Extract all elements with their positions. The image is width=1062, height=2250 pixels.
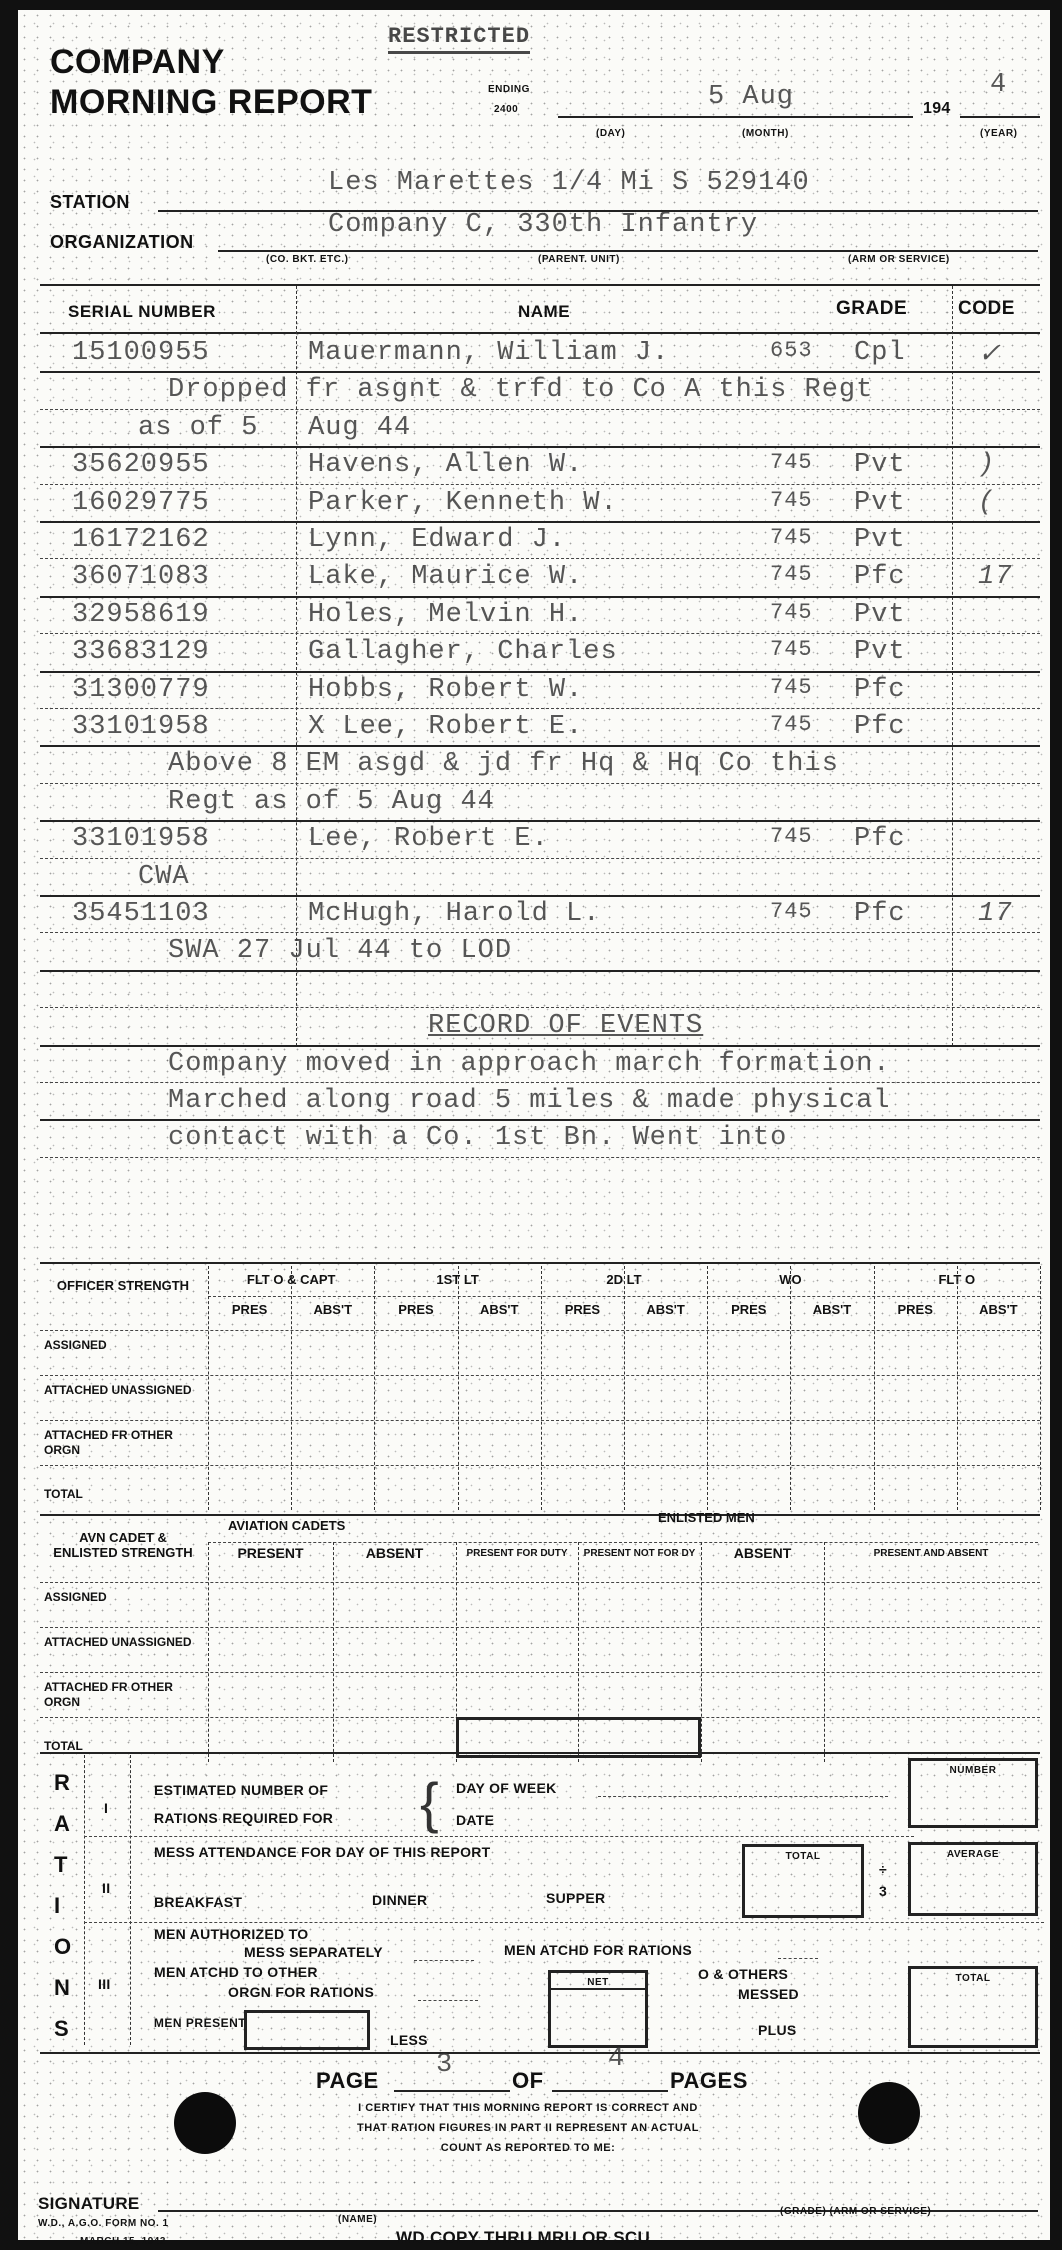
column-header-grade: GRADE — [836, 298, 907, 320]
enlisted-men-header: ENLISTED MEN — [658, 1510, 755, 1525]
men-atchd-for-rations-label: MEN ATCHD FOR RATIONS — [504, 1942, 692, 1958]
men-present-label: MEN PRESENT — [150, 2016, 250, 2030]
roster-remark: Company moved in approach march formatio… — [18, 1047, 1050, 1084]
officer-subheader: ABS'T — [291, 1302, 374, 1317]
roster-row: 31300779Hobbs, Robert W.745Pfc — [18, 673, 1050, 710]
form-title-line1: COMPANY — [50, 42, 225, 82]
page-label: PAGE — [316, 2068, 379, 2094]
enlisted-strength-title: AVN CADET & ENLISTED STRENGTH — [48, 1530, 198, 1560]
code-mark: 17 — [978, 562, 1012, 592]
station-value[interactable]: Les Marettes 1/4 Mi S 529140 — [328, 168, 810, 198]
code-mark: ✓ — [978, 338, 1002, 371]
less-label: LESS — [390, 2032, 428, 2048]
soldier-name: Holes, Melvin H. — [308, 600, 583, 630]
section-i-numeral: I — [104, 1800, 108, 1816]
soldier-name: Havens, Allen W. — [308, 450, 583, 480]
officer-subheader: ABS'T — [458, 1302, 541, 1317]
section-iii-numeral: III — [98, 1976, 111, 1992]
divide-by-three: ÷ 3 — [874, 1858, 892, 1902]
rations-letter: T — [54, 1852, 68, 1878]
organization-label: ORGANIZATION — [50, 232, 194, 253]
men-atchd-other-label: MEN ATCHD TO OTHER — [154, 1964, 318, 1980]
officer-subheader: ABS'T — [790, 1302, 873, 1317]
code-mark: ( — [978, 488, 995, 518]
grade-caption: (GRADE) (ARM OR SERVICE) — [780, 2206, 931, 2217]
roster-row: 15100955Mauermann, William J.653Cpl✓ — [18, 336, 1050, 373]
form-date: MARCH 15, 1943 — [80, 2236, 166, 2247]
men-authorized-label: MEN AUTHORIZED TO — [154, 1926, 308, 1942]
signature-label: SIGNATURE — [38, 2194, 140, 2214]
remark-text: contact with a Co. 1st Bn. Went into — [168, 1123, 787, 1153]
brace: { — [420, 1770, 439, 1835]
orgn-for-rations-label: ORGN FOR RATIONS — [228, 1984, 374, 2000]
grade: Pfc — [854, 824, 906, 854]
organization-value[interactable]: Company C, 330th Infantry — [328, 210, 758, 240]
classification-stamp: RESTRICTED — [388, 24, 530, 54]
rations-letter: S — [54, 2016, 69, 2042]
pages-label: PAGES — [670, 2068, 748, 2094]
mess-attendance-label: MESS ATTENDANCE FOR DAY OF THIS REPORT — [154, 1844, 491, 1860]
roster-remark: Regt as of 5 Aug 44 — [18, 785, 1050, 822]
grade: Pvt — [854, 450, 906, 480]
mos-code: 745 — [770, 562, 813, 587]
grade: Pfc — [854, 675, 906, 705]
officer-row-label: ASSIGNED — [44, 1338, 194, 1353]
serial-number: 31300779 — [72, 675, 210, 705]
officer-subheader: PRES — [374, 1302, 457, 1317]
soldier-name: X Lee, Robert E. — [308, 712, 583, 742]
station-label: STATION — [50, 192, 130, 213]
officer-subheader: PRES — [707, 1302, 790, 1317]
of-label: OF — [512, 2068, 544, 2094]
men-present-box[interactable] — [244, 2010, 370, 2050]
officer-strength-title: OFFICER STRENGTH — [48, 1278, 198, 1293]
soldier-name: McHugh, Harold L. — [308, 899, 600, 929]
date-line — [558, 116, 913, 118]
rations-letter: I — [54, 1893, 61, 1919]
grade: Pvt — [854, 600, 906, 630]
mos-code: 745 — [770, 824, 813, 849]
remark-text: Dropped fr asgnt & trfd to Co A this Reg… — [168, 375, 873, 405]
officer-subheader: PRES — [541, 1302, 624, 1317]
form-title-line2: MORNING REPORT — [50, 82, 372, 122]
serial-number: 35451103 — [72, 899, 210, 929]
organization-line — [218, 250, 1038, 252]
roster-row: 16172162Lynn, Edward J.745Pvt — [18, 523, 1050, 560]
day-of-week-label: DAY OF WEEK — [456, 1780, 557, 1796]
enlisted-row-label: ATTACHED FR OTHER ORGN — [44, 1680, 194, 1710]
enlisted-column-header: PRESENT FOR DUTY — [456, 1546, 578, 1561]
certify-line-3: COUNT AS REPORTED TO ME: — [268, 2142, 788, 2154]
remark-text: Marched along road 5 miles & made physic… — [168, 1086, 891, 1116]
mess-total-box[interactable]: TOTAL — [742, 1844, 864, 1918]
mess-separately-label: MESS SEPARATELY — [244, 1944, 383, 1960]
report-year[interactable]: 4 — [990, 70, 1007, 100]
grade: Pfc — [854, 712, 906, 742]
serial-number: 16172162 — [72, 525, 210, 555]
org-caption-arm: (ARM OR SERVICE) — [848, 254, 950, 265]
soldier-name: Lake, Maurice W. — [308, 562, 583, 592]
roster-remark: Dropped fr asgnt & trfd to Co A this Reg… — [18, 373, 1050, 410]
certify-line-1: I CERTIFY THAT THIS MORNING REPORT IS CO… — [268, 2102, 788, 2114]
serial-number: 33101958 — [72, 824, 210, 854]
o-and-others-label: O & OTHERS — [698, 1966, 788, 1982]
roster-row: 36071083Lake, Maurice W.745Pfc17 — [18, 560, 1050, 597]
binder-hole-right — [858, 2082, 920, 2144]
serial-number: 32958619 — [72, 600, 210, 630]
org-caption-parent: (PARENT. UNIT) — [538, 254, 620, 265]
date-label: DATE — [456, 1812, 494, 1828]
enlisted-row-label: ASSIGNED — [44, 1590, 194, 1605]
serial-number: 16029775 — [72, 488, 210, 518]
soldier-name: Gallagher, Charles — [308, 637, 618, 667]
mos-code: 745 — [770, 712, 813, 737]
code-mark: 17 — [978, 899, 1012, 929]
column-header-serial: SERIAL NUMBER — [68, 302, 216, 322]
enlisted-column-header: ABSENT — [701, 1546, 824, 1561]
enlisted-row-label: ATTACHED UNASSIGNED — [44, 1635, 194, 1650]
roster-row: 33101958X Lee, Robert E.745Pfc — [18, 710, 1050, 747]
section-ii-numeral: II — [102, 1880, 110, 1896]
mos-code: 745 — [770, 637, 813, 662]
officer-subheader: PRES — [874, 1302, 957, 1317]
roster-remark: Above 8 EM asgd & jd fr Hq & Hq Co this — [18, 747, 1050, 784]
grade: Pvt — [854, 637, 906, 667]
wd-copy-stamp: WD COPY THRU MRU OR SCU — [396, 2228, 650, 2248]
remark-prefix: as of 5 — [138, 413, 258, 443]
day-caption: (DAY) — [596, 128, 625, 139]
officer-subheader: ABS'T — [957, 1302, 1040, 1317]
mos-code: 745 — [770, 600, 813, 625]
grade: Cpl — [854, 338, 906, 368]
total-pages[interactable]: 4 — [608, 2044, 625, 2074]
certify-line-2: THAT RATION FIGURES IN PART II REPRESENT… — [268, 2122, 788, 2134]
rations-letter: O — [54, 1934, 72, 1960]
officer-row-label: ATTACHED UNASSIGNED — [44, 1383, 194, 1398]
ending-label: ENDING — [488, 84, 530, 95]
year-line — [960, 116, 1040, 118]
serial-number: 36071083 — [72, 562, 210, 592]
officer-subheader: PRES — [208, 1302, 291, 1317]
binder-hole-left — [174, 2092, 236, 2154]
roster-row: 33683129Gallagher, Charles745Pvt — [18, 635, 1050, 672]
roster-remark — [18, 972, 1050, 1009]
remark-text: Company moved in approach march formatio… — [168, 1049, 891, 1079]
serial-number: 33101958 — [72, 712, 210, 742]
enlisted-column-header: PRESENT NOT FOR DY — [578, 1546, 701, 1561]
officer-row-label: TOTAL — [44, 1487, 194, 1502]
remark-text: Above 8 EM asgd & jd fr Hq & Hq Co this — [168, 749, 839, 779]
grade: Pvt — [854, 525, 906, 555]
form-number: W.D., A.G.O. FORM NO. 1 — [38, 2218, 169, 2229]
number-box[interactable]: NUMBER — [908, 1758, 1038, 1828]
soldier-name: Parker, Kenneth W. — [308, 488, 618, 518]
page-number[interactable]: 3 — [436, 2050, 453, 2080]
grade: Pfc — [854, 899, 906, 929]
roster-row: 35451103McHugh, Harold L.745Pfc17 — [18, 897, 1050, 934]
roster-remark: as of 5Aug 44 — [18, 411, 1050, 448]
roster-row: 33101958Lee, Robert E.745Pfc — [18, 822, 1050, 859]
rations-letter: A — [54, 1811, 70, 1837]
remark-text: SWA 27 Jul 44 to LOD — [168, 936, 512, 966]
mos-code: 745 — [770, 450, 813, 475]
roster-row: 32958619Holes, Melvin H.745Pvt — [18, 598, 1050, 635]
rations-letter: N — [54, 1975, 70, 2001]
dinner-label: DINNER — [372, 1892, 427, 1908]
year-prefix: 194 — [923, 100, 951, 118]
remark-text: Aug 44 — [308, 413, 411, 443]
report-date[interactable]: 5 Aug — [708, 82, 794, 112]
year-caption: (YEAR) — [980, 128, 1017, 139]
serial-number: 35620955 — [72, 450, 210, 480]
supper-label: SUPPER — [546, 1890, 605, 1906]
mos-code: 653 — [770, 338, 813, 363]
messed-label: MESSED — [738, 1986, 799, 2002]
record-of-events-heading: RECORD OF EVENTS — [428, 1011, 703, 1041]
ending-time: 2400 — [494, 104, 518, 115]
plus-label: PLUS — [758, 2022, 797, 2038]
month-caption: (MONTH) — [742, 128, 789, 139]
roster-remark: Marched along road 5 miles & made physic… — [18, 1084, 1050, 1121]
code-mark: ) — [978, 450, 995, 480]
enlisted-column-header: PRESENT — [208, 1546, 333, 1561]
breakfast-label: BREAKFAST — [154, 1894, 242, 1910]
serial-number: 15100955 — [72, 338, 210, 368]
mos-code: 745 — [770, 488, 813, 513]
enlisted-column-header: PRESENT AND ABSENT — [824, 1546, 1038, 1561]
mos-code: 745 — [770, 525, 813, 550]
rations-total-box[interactable]: TOTAL — [908, 1966, 1038, 2048]
aviation-cadets-header: AVIATION CADETS — [228, 1518, 345, 1533]
name-caption: (NAME) — [338, 2214, 377, 2225]
mos-code: 745 — [770, 899, 813, 924]
rations-required-label: RATIONS REQUIRED FOR — [154, 1810, 333, 1826]
net-box[interactable]: NET — [548, 1970, 648, 2048]
morning-report-form: COMPANY MORNING REPORT RESTRICTED ENDING… — [18, 10, 1050, 2240]
grade: Pvt — [854, 488, 906, 518]
grade: Pfc — [854, 562, 906, 592]
column-header-name: NAME — [518, 302, 570, 322]
remark-text: Regt as of 5 Aug 44 — [168, 787, 495, 817]
roster-row: 16029775Parker, Kenneth W.745Pvt( — [18, 486, 1050, 523]
serial-number: 33683129 — [72, 637, 210, 667]
record-of-events-heading: RECORD OF EVENTS — [18, 1009, 1050, 1046]
officer-subheader: ABS'T — [624, 1302, 707, 1317]
remark-prefix: CWA — [138, 862, 190, 892]
rations-letter: R — [54, 1770, 70, 1796]
officer-row-label: ATTACHED FR OTHER ORGN — [44, 1428, 194, 1458]
mos-code: 745 — [770, 675, 813, 700]
estimated-number-label: ESTIMATED NUMBER OF — [154, 1782, 328, 1798]
roster-row: 35620955Havens, Allen W.745Pvt) — [18, 448, 1050, 485]
roster-remark: SWA 27 Jul 44 to LOD — [18, 934, 1050, 971]
soldier-name: Lynn, Edward J. — [308, 525, 566, 555]
org-caption-co: (CO. BKT. ETC.) — [266, 254, 349, 265]
average-box[interactable]: AVERAGE — [908, 1842, 1038, 1916]
roster-remark: contact with a Co. 1st Bn. Went into — [18, 1121, 1050, 1158]
enlisted-column-header: ABSENT — [333, 1546, 456, 1561]
column-header-code: CODE — [958, 298, 1015, 320]
roster-remark: CWA — [18, 860, 1050, 897]
soldier-name: Mauermann, William J. — [308, 338, 669, 368]
soldier-name: Hobbs, Robert W. — [308, 675, 583, 705]
soldier-name: Lee, Robert E. — [308, 824, 549, 854]
